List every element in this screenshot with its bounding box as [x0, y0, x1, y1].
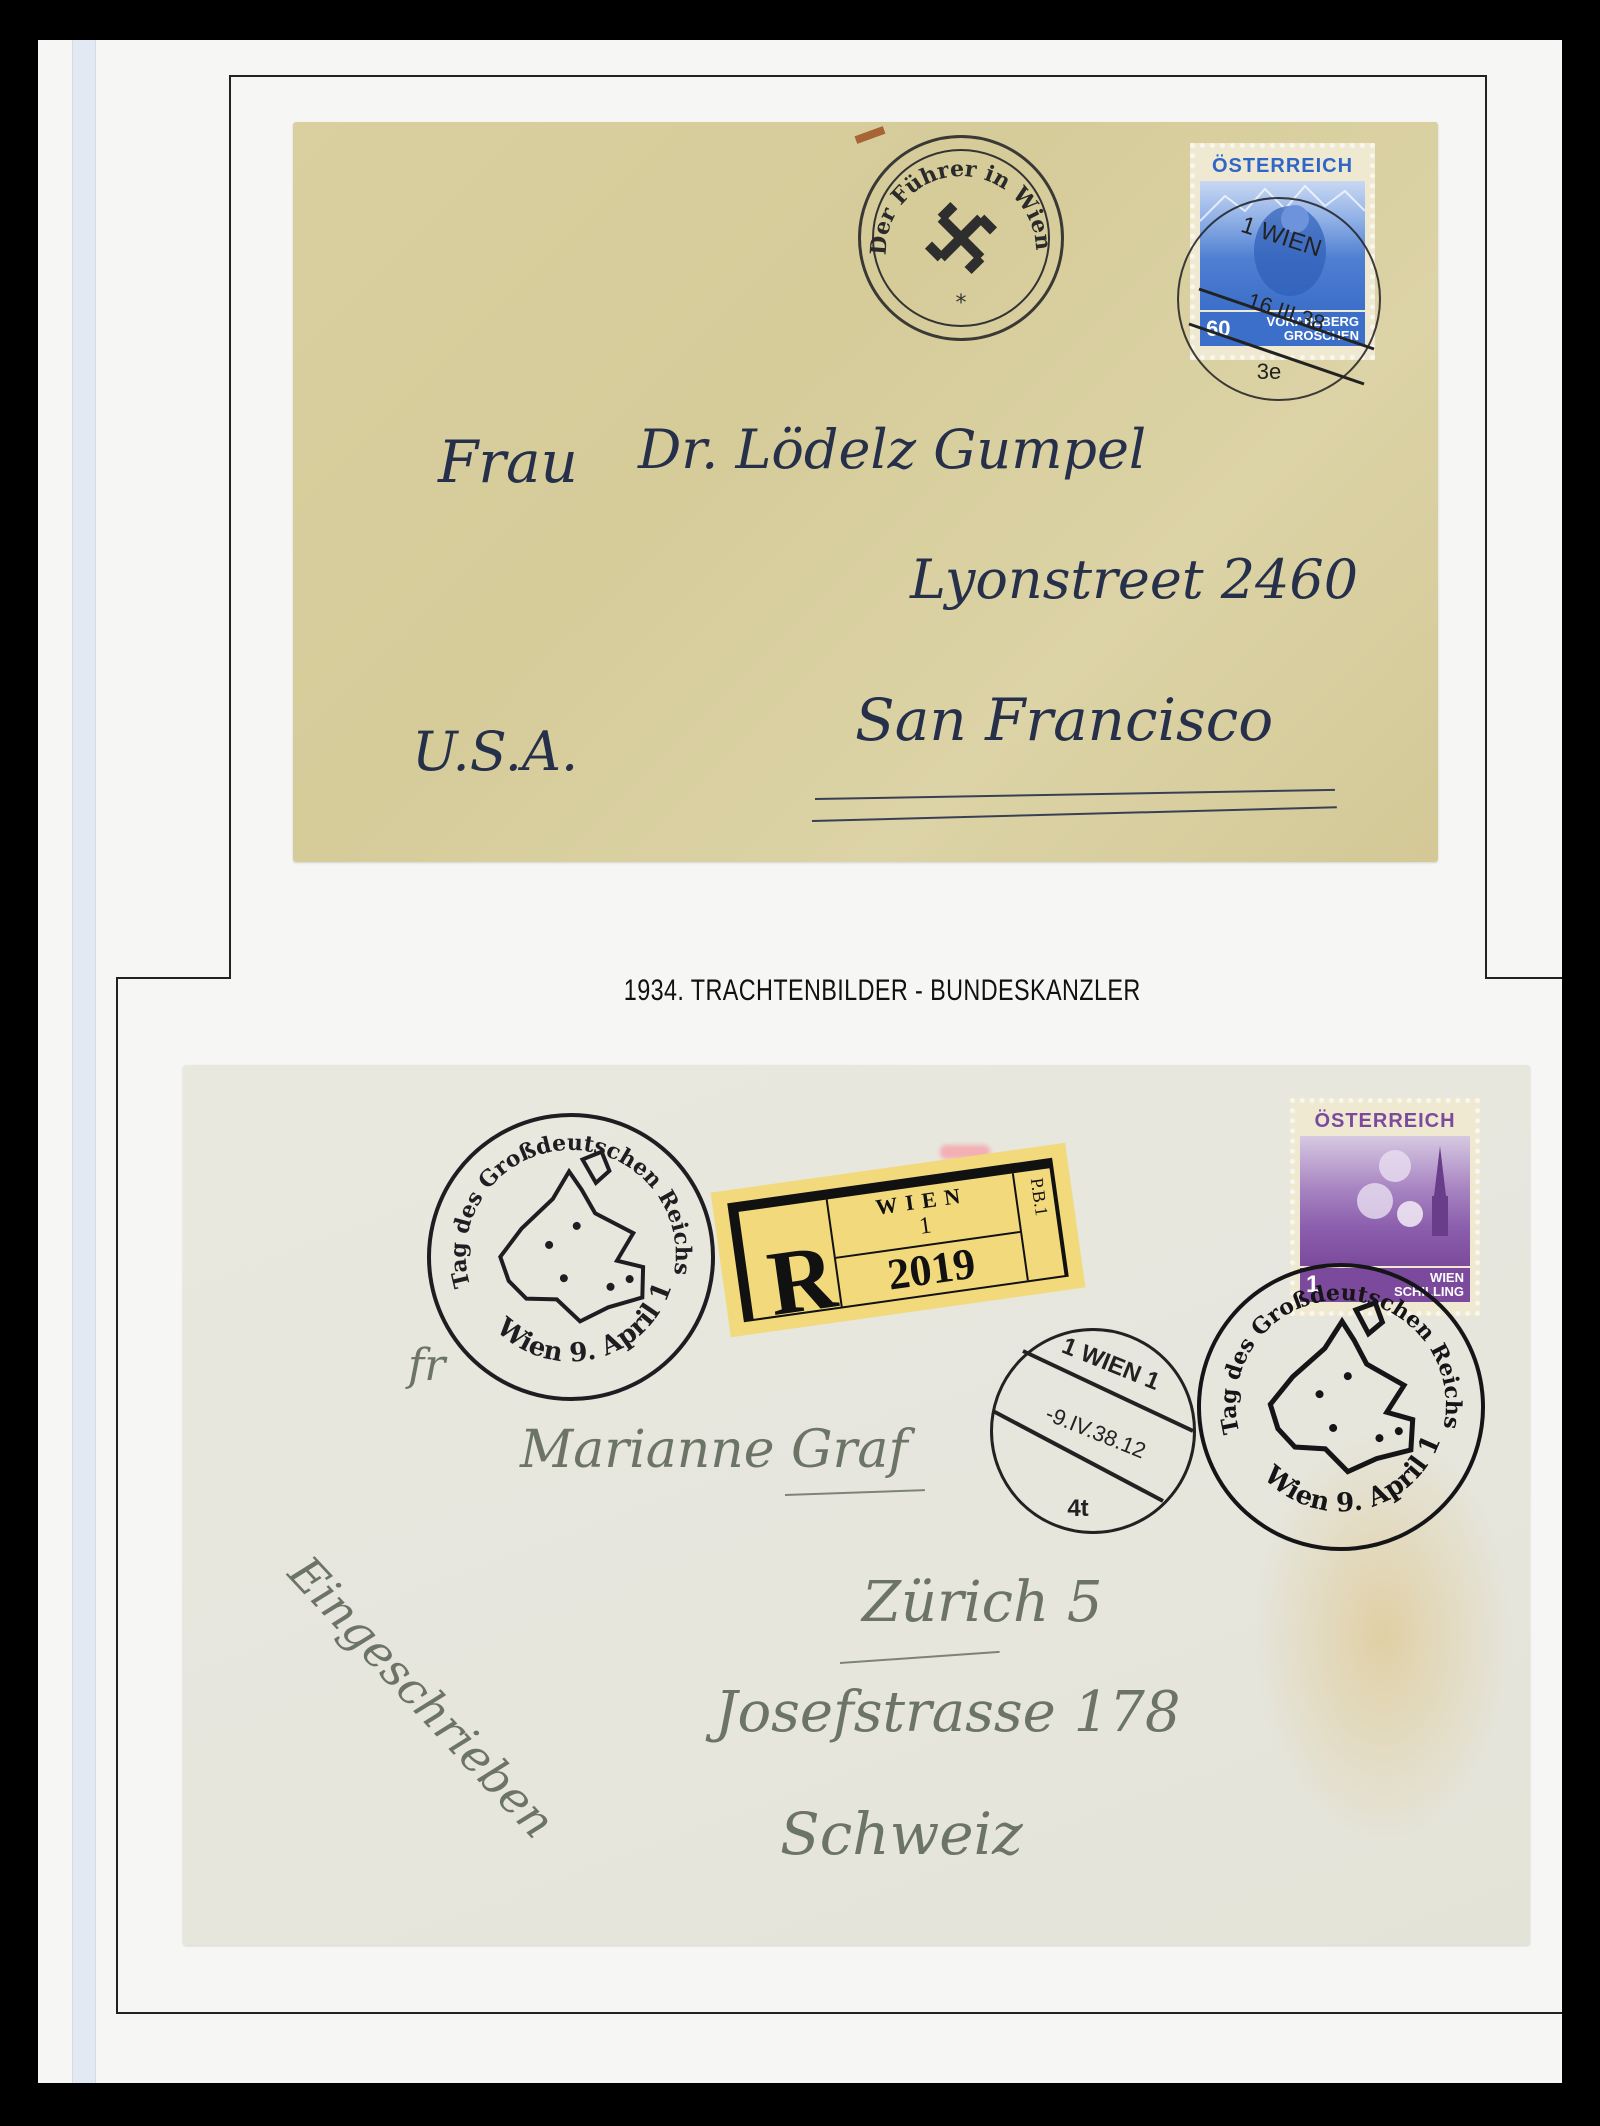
binder-strip	[72, 40, 96, 2083]
frame-step-right	[1485, 977, 1562, 979]
cover-2-special-cancel-left: Tag des Großdeutschen Reichs Wien 9. Apr…	[408, 1094, 733, 1419]
postmark-date: -9.IV.38.12	[1042, 1401, 1149, 1464]
postmark-office: 1 WIEN	[1238, 211, 1325, 262]
cover-1-city: San Francisco	[855, 686, 1273, 754]
special-cancel-ring: Der Führer in Wien *	[861, 138, 1061, 338]
section-caption: 1934. TRACHTENBILDER - BUNDESKANZLER	[624, 974, 1076, 1008]
postmark-ring: 1 WIEN 16.III.38 3e	[1179, 199, 1379, 399]
cover-2-city: Zürich 5	[862, 1570, 1103, 1635]
cover-1-country: U.S.A.	[412, 720, 578, 783]
upper-frame-left	[229, 75, 231, 978]
cover-1-special-cancel: Der Führer in Wien *	[858, 135, 1064, 341]
cover-1-recipient-name: Dr. Lödelz Gumpel	[638, 418, 1146, 481]
special-cancel-content: Tag des Großdeutschen Reichs Wien 9. Apr…	[413, 1099, 729, 1415]
cover-1-street: Lyonstreet 2460	[910, 548, 1358, 611]
special-cancel-star: *	[956, 291, 967, 316]
stamp-country: ÖSTERREICH	[1300, 1110, 1470, 1133]
postmark-content: 1 WIEN 1 -9.IV.38.12 4t	[993, 1331, 1193, 1531]
cover-2-special-cancel-right: Tag des Großdeutschen Reichs Wien 9. Apr…	[1183, 1249, 1500, 1566]
greater-germany-map-icon	[1261, 1300, 1417, 1479]
frame-step-left	[116, 977, 231, 979]
lower-frame-bottom	[116, 2012, 1562, 2014]
postmark-code: 3e	[1257, 359, 1281, 384]
cover-2-recipient-name: Marianne Graf	[520, 1420, 908, 1480]
cover-1-salutation: Frau	[438, 428, 578, 496]
postmark-office: 1 WIEN 1	[1058, 1332, 1163, 1396]
upper-frame-right	[1485, 75, 1487, 978]
cover-2-country: Schweiz	[780, 1800, 1023, 1868]
family-cathedral-icon	[1300, 1136, 1470, 1266]
special-cancel-content: Tag des Großdeutschen Reichs Wien 9. Apr…	[1187, 1253, 1495, 1561]
cover-2-postmark: 1 WIEN 1 -9.IV.38.12 4t	[990, 1328, 1196, 1534]
registration-r-letter: R	[763, 1230, 842, 1330]
postmark-date: 16.III.38	[1245, 288, 1328, 336]
swastika-icon	[921, 198, 1000, 277]
cover-2-pencil-mark: fr	[408, 1340, 445, 1391]
stamp-family-picture	[1300, 1136, 1470, 1266]
cover-1-postmark: 1 WIEN 16.III.38 3e	[1177, 197, 1381, 401]
upper-frame-top	[229, 75, 1486, 77]
cover-2-street: Josefstrasse 178	[715, 1680, 1180, 1745]
postmark-code: 4t	[1067, 1495, 1088, 1522]
stamp-country: ÖSTERREICH	[1200, 155, 1365, 178]
registration-side-code: P.B.1	[1019, 1177, 1052, 1219]
greater-germany-map-icon	[488, 1148, 650, 1331]
lower-frame-left	[116, 977, 118, 2014]
